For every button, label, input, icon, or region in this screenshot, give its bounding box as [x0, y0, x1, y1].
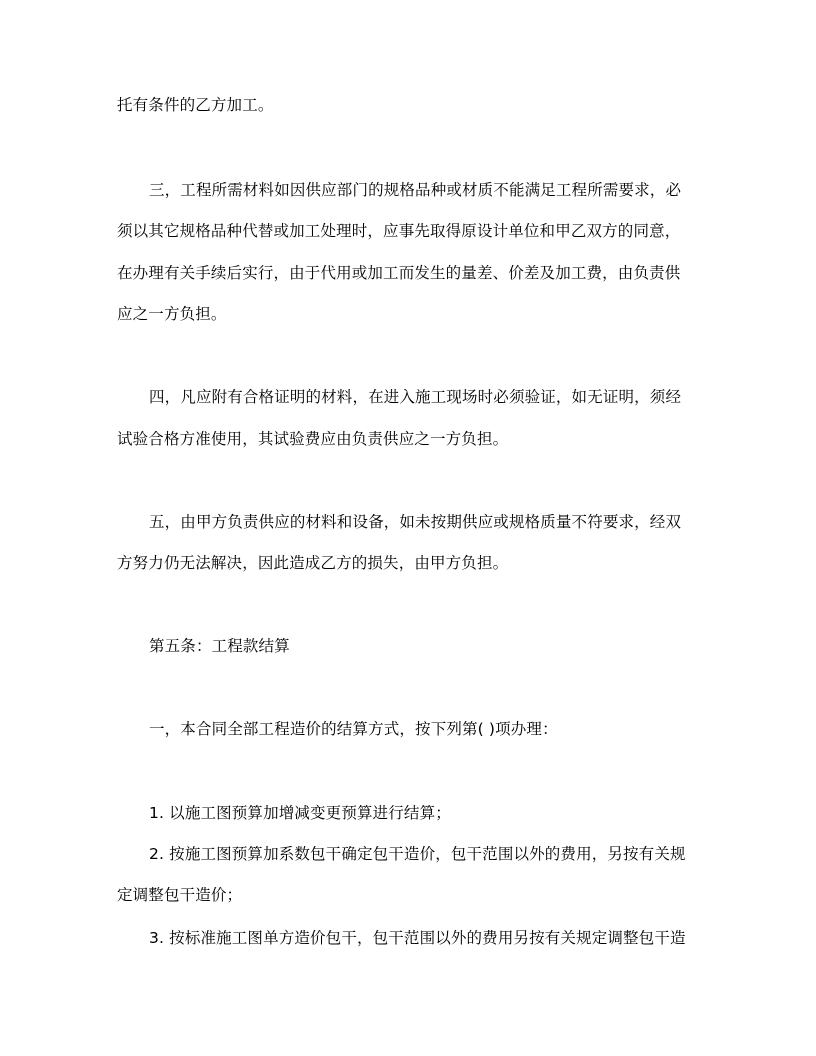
article-five-heading: 第五条：工程款结算 [149, 636, 739, 656]
settlement-method-intro: 一，本合同全部工程造价的结算方式，按下列第( )项办理： [149, 719, 739, 739]
settlement-option-2-line-1: 2. 按施工图预算加系数包干确定包干造价，包干范围以外的费用，另按有关规 [149, 844, 739, 864]
clause-four-line-2: 试验合格方准使用，其试验费应由负责供应之一方负担。 [117, 429, 707, 449]
clause-five-line-2: 方努力仍无法解决，因此造成乙方的损失，由甲方负担。 [117, 553, 707, 573]
clause-five-line-1: 五，由甲方负责供应的材料和设备，如未按期供应或规格质量不符要求，经双 [149, 512, 739, 532]
document-page: 托有条件的乙方加工。 三，工程所需材料如因供应部门的规格品种或材质不能满足工程所… [0, 0, 816, 1056]
settlement-option-1: 1. 以施工图预算加增减变更预算进行结算； [149, 803, 739, 823]
paragraph-line-continuation: 托有条件的乙方加工。 [117, 95, 707, 115]
settlement-option-2-line-2: 定调整包干造价； [117, 885, 707, 905]
clause-three-line-4: 应之一方负担。 [117, 304, 707, 324]
settlement-option-3-line-1: 3. 按标准施工图单方造价包干，包干范围以外的费用另按有关规定调整包干造 [149, 928, 739, 948]
clause-four-line-1: 四，凡应附有合格证明的材料，在进入施工现场时必须验证，如无证明，须经 [149, 387, 739, 407]
clause-three-line-3: 在办理有关手续后实行，由于代用或加工而发生的量差、价差及加工费，由负责供 [117, 263, 707, 283]
clause-three-line-2: 须以其它规格品种代替或加工处理时，应事先取得原设计单位和甲乙双方的同意， [117, 221, 707, 241]
clause-three-line-1: 三，工程所需材料如因供应部门的规格品种或材质不能满足工程所需要求，必 [149, 180, 739, 200]
